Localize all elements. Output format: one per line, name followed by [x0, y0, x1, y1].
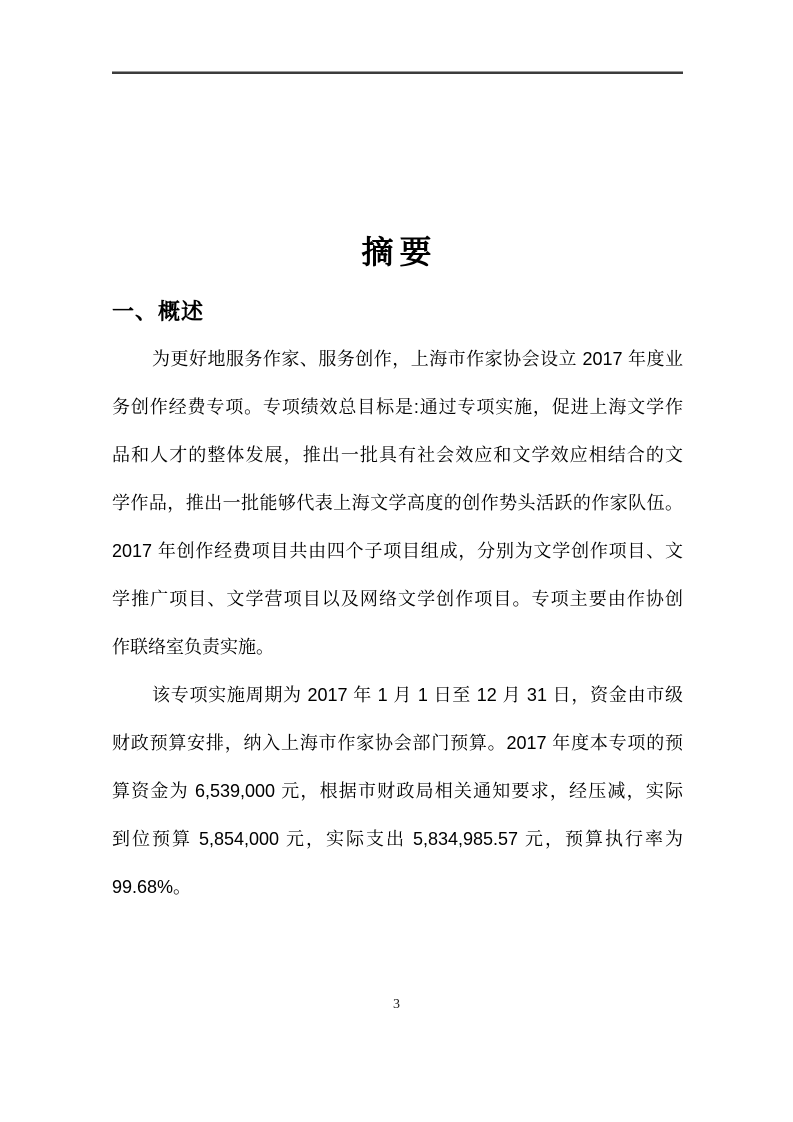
document-title: 摘要 — [0, 236, 793, 268]
text-line: 品和人才的整体发展，推出一批具有社会效应和文学效应相结合的文 — [112, 431, 683, 479]
document-body: 为更好地服务作家、服务创作，上海市作家协会设立 2017 年度业务创作经费专项。… — [112, 335, 683, 911]
text-line: 为更好地服务作家、服务创作，上海市作家协会设立 2017 年度业 — [112, 335, 683, 383]
text-line: 到位预算 5,854,000 元，实际支出 5,834,985.57 元，预算执… — [112, 815, 683, 863]
text-line: 学推广项目、文学营项目以及网络文学创作项目。专项主要由作协创 — [112, 575, 683, 623]
document-page: 摘要 一、概述 为更好地服务作家、服务创作，上海市作家协会设立 2017 年度业… — [0, 0, 793, 1122]
text-line: 99.68%。 — [112, 863, 683, 911]
header-divider — [112, 71, 683, 74]
page-number: 3 — [0, 997, 793, 1013]
text-line: 学作品，推出一批能够代表上海文学高度的创作势头活跃的作家队伍。 — [112, 479, 683, 527]
text-line: 财政预算安排，纳入上海市作家协会部门预算。2017 年度本专项的预 — [112, 719, 683, 767]
paragraph-overview: 为更好地服务作家、服务创作，上海市作家协会设立 2017 年度业务创作经费专项。… — [112, 335, 683, 671]
text-line: 务创作经费专项。专项绩效总目标是:通过专项实施，促进上海文学作 — [112, 383, 683, 431]
text-line: 2017 年创作经费项目共由四个子项目组成，分别为文学创作项目、文 — [112, 527, 683, 575]
section-heading: 一、概述 — [112, 300, 204, 324]
paragraph-budget: 该专项实施周期为 2017 年 1 月 1 日至 12 月 31 日，资金由市级… — [112, 671, 683, 911]
text-line: 作联络室负责实施。 — [112, 623, 683, 671]
text-line: 该专项实施周期为 2017 年 1 月 1 日至 12 月 31 日，资金由市级 — [112, 671, 683, 719]
text-line: 算资金为 6,539,000 元，根据市财政局相关通知要求，经压减，实际 — [112, 767, 683, 815]
